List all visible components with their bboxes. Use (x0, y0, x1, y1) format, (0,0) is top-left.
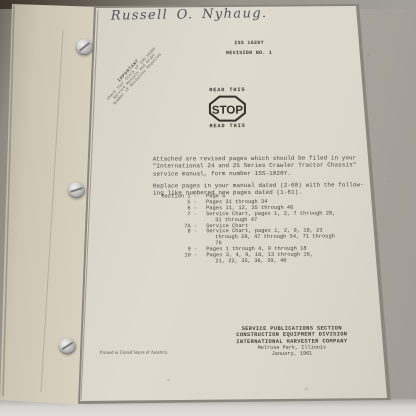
publication-date: January, 1961 (230, 351, 354, 358)
stop-sign-icon: STOP (208, 95, 246, 122)
intro-paragraph: Attached are revised pages which should … (153, 154, 357, 177)
paragraph-line: "International 24 and 25 Series Crawler … (153, 162, 357, 171)
paper-stain (304, 388, 308, 391)
binder-screw (59, 338, 76, 354)
screw-slot (61, 342, 73, 351)
revision-number: REVISION NO. 1 (203, 49, 295, 56)
handwritten-owner-name: Russell O. Nyhaug. (111, 6, 268, 24)
page-content: Russell O. Nyhaug. ISS 1020Y REVISION NO… (0, 0, 416, 416)
publisher-block: SERVICE PUBLICATIONS SECTION CONSTRUCTIO… (230, 325, 354, 357)
screw-slot (70, 187, 83, 193)
read-this-top-label: READ THIS (197, 87, 257, 93)
paper-stain (167, 378, 170, 381)
stop-sign-notice: READ THIS STOP READ THIS (197, 87, 257, 129)
section-label: 10 - (153, 253, 197, 265)
read-this-bottom-label: READ THIS (198, 123, 258, 129)
section-row: 10 - Pages 3, 4, 9, 10, 13 through 16, 2… (153, 253, 335, 266)
binder-screw (76, 39, 93, 55)
section-pages: Pages 3, 4, 9, 10, 13 through 16, 21, 22… (206, 253, 313, 265)
printed-in-usa-note: Printed in United States of America. (100, 351, 168, 356)
stop-sign-label: STOP (212, 105, 244, 117)
section-label: 7 - (153, 212, 197, 224)
section-row: 8 - Service Chart, pages 1, 2, 9, 10, 23… (153, 229, 336, 248)
stamp-title: IMPORTANT (96, 36, 162, 107)
paper-stain (367, 53, 370, 56)
stamp-line: Number of Revisions Required (105, 44, 170, 114)
stamp-line: Service Manuals And Order (102, 42, 167, 112)
section-pages: Service Chart, pages 1, 2, 9, 10, 23 thr… (206, 229, 335, 248)
paragraph-line: service manual, form number ISS-1020Y. (153, 169, 357, 178)
section-label: 8 - (153, 230, 197, 248)
photo-of-manual-page: Russell O. Nyhaug. ISS 1020Y REVISION NO… (0, 0, 416, 416)
important-rubber-stamp: IMPORTANT Check Your Stock of ISS-1020Y … (96, 36, 171, 115)
section-line: 21, 22, 35, 36, 39, 40 (206, 259, 313, 266)
section-line: through 28, 47 through 54, 71 through (206, 235, 335, 242)
binder-screw (68, 182, 85, 198)
form-number: ISS 1020Y (203, 40, 295, 47)
revised-pages-section-list: Section 1 - Page 5 5 - Pages 31 through … (153, 193, 336, 265)
section-pages: Service Chart, pages 1, 2, 7 through 28,… (206, 211, 335, 224)
screw-slot (79, 42, 90, 52)
paper-stain (388, 181, 391, 183)
form-header: ISS 1020Y REVISION NO. 1 (203, 40, 295, 60)
stamp-line: Check Your Stock of ISS-1020Y (99, 39, 164, 109)
